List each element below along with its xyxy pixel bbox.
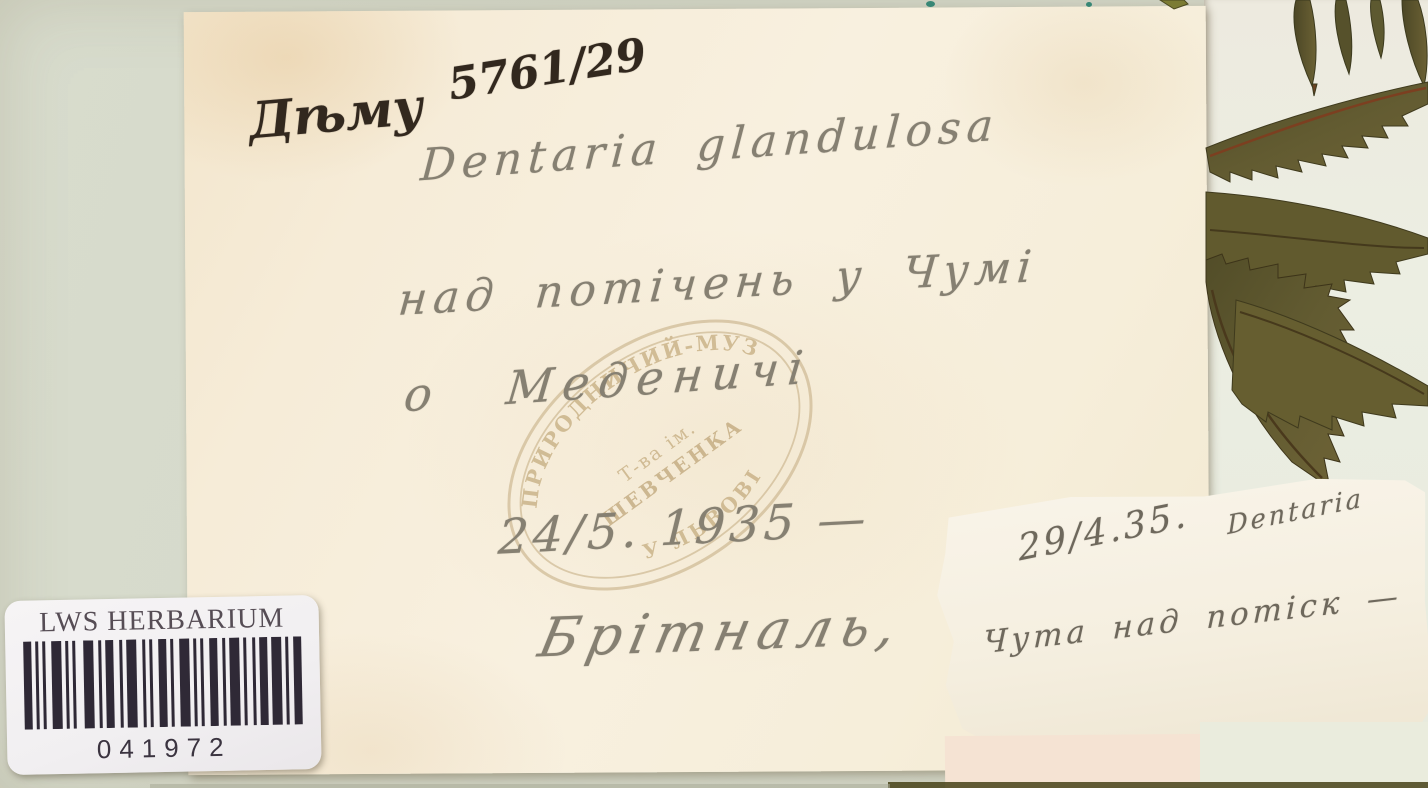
- accession-number: 041972: [7, 730, 322, 767]
- sheet-edge-dark: [888, 782, 1428, 788]
- ink-speck: [926, 1, 935, 7]
- herbarium-sheet-photo: ПРИРОДНИЧИЙ-МУЗЕЙ Т-ва ім. ШЕВЧЕНКА У ЛЬ…: [0, 0, 1428, 788]
- side-label-date: 29/4.35.: [1016, 494, 1190, 569]
- paper-strip-green: [1200, 722, 1428, 788]
- leaflet-cluster-top: [1294, 0, 1427, 96]
- side-label: 29/4.35. Dentaria Чута над потіск —: [933, 472, 1428, 750]
- side-label-taxon: Dentaria: [1227, 483, 1364, 541]
- leaflet-upper: [1206, 82, 1428, 182]
- stem-fragment: [1160, 0, 1188, 9]
- museum-stamp: ПРИРОДНИЧИЙ-МУЗЕЙ Т-ва ім. ШЕВЧЕНКА У ЛЬ…: [460, 275, 860, 635]
- pressed-leaves: [1140, 0, 1428, 520]
- barcode-label: LWS HERBARIUM 041972: [4, 595, 321, 775]
- paper-strip-pink: [945, 734, 1207, 788]
- institution-name: LWS HERBARIUM: [4, 602, 319, 640]
- collector-signature: Брітналь,: [533, 593, 910, 669]
- ink-speck: [1086, 2, 1092, 7]
- side-label-locality: Чута над потіск —: [983, 578, 1402, 661]
- sheet-edge-light: [150, 784, 890, 788]
- barcode-icon: [21, 636, 305, 729]
